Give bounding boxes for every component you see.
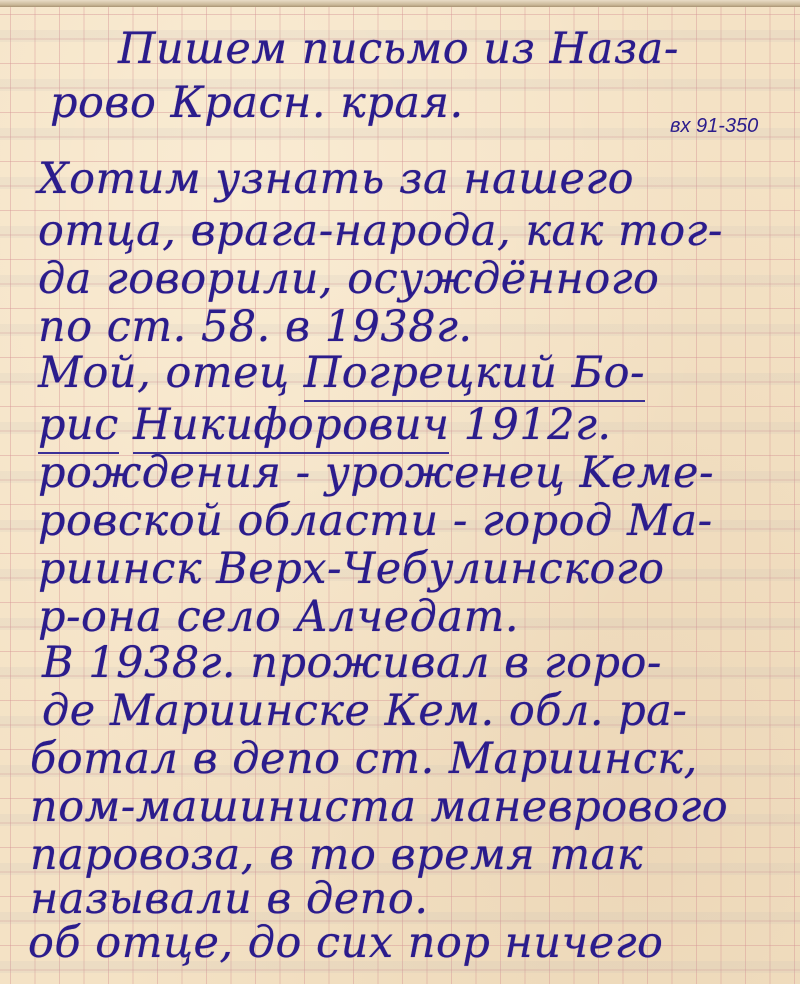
- letter-line-6: по ст. 58. в 1938г.: [38, 306, 473, 349]
- underlined-name-rest: рис: [38, 400, 119, 454]
- letter-line-2: рово Красн. края.: [50, 82, 464, 125]
- letter-line-19: об отце, до сих пор ничего: [28, 922, 663, 965]
- underlined-surname: Погрецкий Бо-: [304, 348, 645, 402]
- letter-line-8: рис Никифорович 1912г.: [38, 404, 612, 447]
- letter-line-7: Мой, отец Погрецкий Бо-: [38, 352, 645, 395]
- letter-line-4: отца, врага-народа, как тог-: [38, 210, 723, 253]
- letter-line-3: Хотим узнать за нашего: [38, 158, 634, 201]
- letter-line-18: называли в депо.: [30, 878, 429, 921]
- letter-line-1: Пишем письмо из Наза-: [118, 28, 679, 71]
- letter-line-16: пом-машиниста маневрового: [30, 786, 728, 829]
- letter-line-14: де Мариинске Кем. обл. ра-: [42, 690, 687, 733]
- letter-line-9: рождения - уроженец Keме-: [38, 452, 714, 495]
- letter-line-5: да говорили, осуждённого: [38, 258, 659, 301]
- paper-top-edge: [0, 0, 800, 7]
- letter-line-13: В 1938г. проживал в горо-: [42, 642, 662, 685]
- letter-line-10: ровской области - город Ма-: [38, 500, 713, 543]
- underlined-patronymic: Никифорович: [133, 400, 450, 454]
- letter-line-11: риинск Верх-Чебулинского: [38, 548, 665, 591]
- text-my-father: Мой, отец: [38, 348, 290, 398]
- birth-year: 1912г.: [464, 400, 612, 450]
- letter-line-15: ботал в депо ст. Мариинск,: [30, 738, 698, 781]
- letter-line-17: паровоза, в то время так: [30, 834, 643, 877]
- registration-note: вх 91-350: [670, 115, 758, 138]
- letter-line-12: р-она село Алчедат.: [38, 596, 519, 639]
